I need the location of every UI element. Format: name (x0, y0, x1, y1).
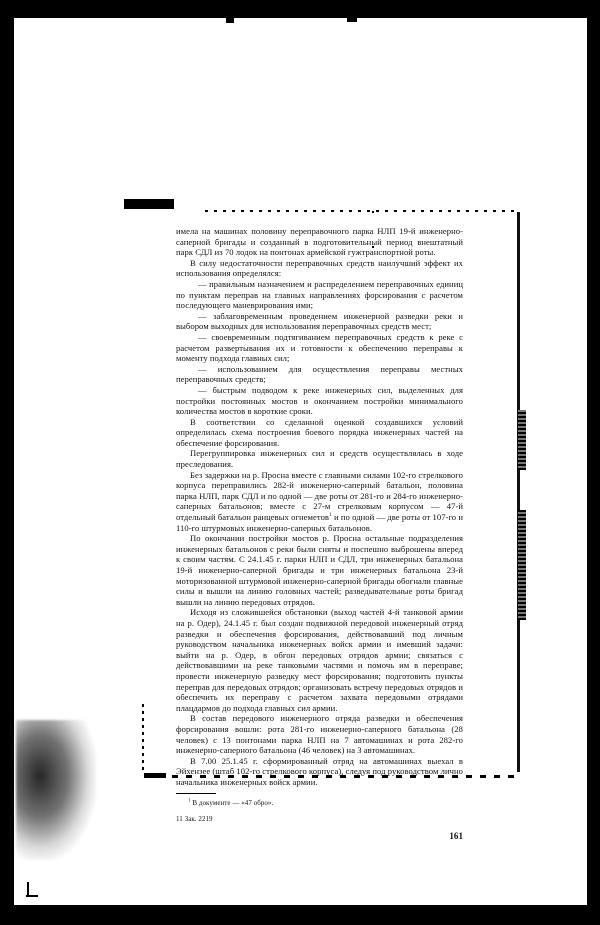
scan-artifact (27, 882, 29, 896)
scan-speck (372, 211, 374, 213)
paragraph: В состав передового инженерного отряда р… (176, 713, 463, 755)
paragraph: В соответствии со сделанной оценкой созд… (176, 417, 463, 449)
page-edge-top (205, 210, 517, 212)
list-item: — своевременным подтягиванием переправоч… (176, 332, 463, 364)
list-item: — заблаговременным проведением инженерно… (176, 311, 463, 332)
page-edge-right (517, 212, 520, 772)
list-item: — быстрым подводом к реке инженерных сил… (176, 385, 463, 417)
page-edge-left (142, 700, 144, 770)
page-edge-mark (144, 773, 166, 778)
list-item: — использованием для осуществления переп… (176, 364, 463, 385)
printer-imprint: 11 Зак. 2219 (176, 814, 463, 825)
paragraph: В силу недостаточности переправочных сре… (176, 258, 463, 279)
footnote-divider (176, 793, 216, 794)
paragraph: Перегруппировка инженерных сил и средств… (176, 448, 463, 469)
footnote: 1 В документе — «47 обро». (176, 799, 463, 808)
paragraph: имела на машинах половину переправочного… (176, 226, 463, 258)
paragraph: В 7.00 25.1.45 г. сформированный отряд н… (176, 756, 463, 788)
scan-artifact (226, 18, 234, 23)
scan-smudge (16, 720, 96, 860)
paragraph: Исходя из сложившейся обстановки (выход … (176, 607, 463, 713)
footnote-text: В документе — «47 обро». (192, 799, 273, 807)
page-body: имела на машинах половину переправочного… (176, 226, 463, 825)
page-edge-mark (124, 199, 174, 209)
paragraph: Без задержки на р. Просна вместе с главн… (176, 470, 463, 534)
page-edge-shadow (518, 510, 526, 620)
footnote-marker: 1 (188, 799, 191, 804)
page-number: 161 (449, 831, 463, 842)
scan-artifact (347, 18, 357, 22)
page-edge-shadow (518, 410, 526, 470)
list-item: — правильным назначением и распределение… (176, 279, 463, 311)
paragraph: По окончании постройки мостов р. Просна … (176, 533, 463, 607)
